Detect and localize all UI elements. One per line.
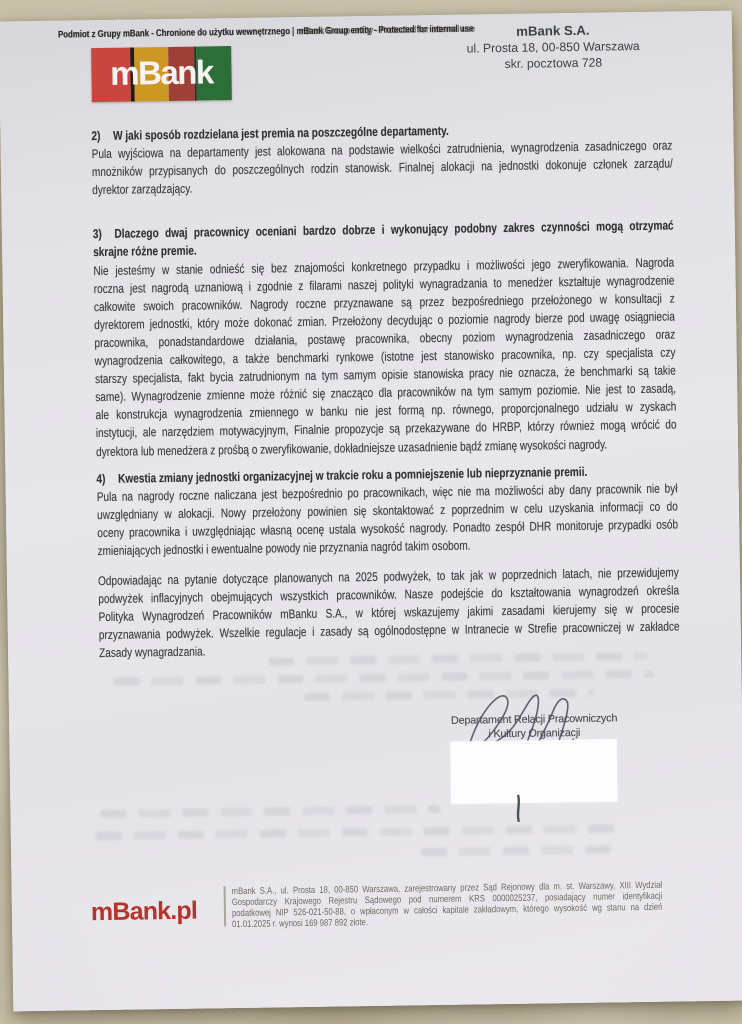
- footer-divider: [224, 886, 227, 926]
- confidentiality-text-pl: Podmiot z Grupy mBank - Chronione do uży…: [58, 26, 290, 40]
- sender-address-block: mBank S.A. ul. Prosta 18, 00-850 Warszaw…: [423, 21, 684, 73]
- qa-number: 3): [93, 225, 115, 243]
- sender-address-line: skr. pocztowa 728: [423, 54, 683, 74]
- signature-tail-mark: [510, 794, 526, 824]
- bleedthrough-text-ghost: [100, 805, 440, 818]
- qa-item: 3)Dlaczego dwaj pracownicy oceniani bard…: [93, 217, 677, 461]
- closing-paragraph: Odpowiadając na pytanie dotyczące planow…: [98, 564, 680, 663]
- mbank-pl-logo: mBank.pl: [91, 897, 198, 928]
- qa-number: 2): [91, 127, 113, 145]
- bleedthrough-text-ghost: [96, 824, 626, 840]
- document-page: Podmiot z Grupy mBank - Chronione do uży…: [0, 11, 742, 1012]
- bleedthrough-text-ghost: [421, 845, 621, 856]
- logo-wordmark: mBank: [91, 46, 232, 102]
- qa-number: 4): [96, 469, 118, 487]
- qa-item: 2)W jaki sposób rozdzielana jest premia …: [91, 119, 673, 200]
- redaction-box: [450, 739, 617, 803]
- footer-legal-text: mBank S.A., ul. Prosta 18, 00-850 Warsza…: [232, 879, 663, 929]
- letter-body: 2)W jaki sposób rozdzielana jest premia …: [91, 119, 680, 663]
- mbank-logo: mBank: [91, 46, 232, 102]
- photo-background: Podmiot z Grupy mBank - Chronione do uży…: [0, 0, 742, 1024]
- confidentiality-banner: Podmiot z Grupy mBank - Chronione do uży…: [58, 23, 474, 40]
- qa-item: 4)Kwestia zmiany jednostki organizacyjne…: [96, 461, 678, 560]
